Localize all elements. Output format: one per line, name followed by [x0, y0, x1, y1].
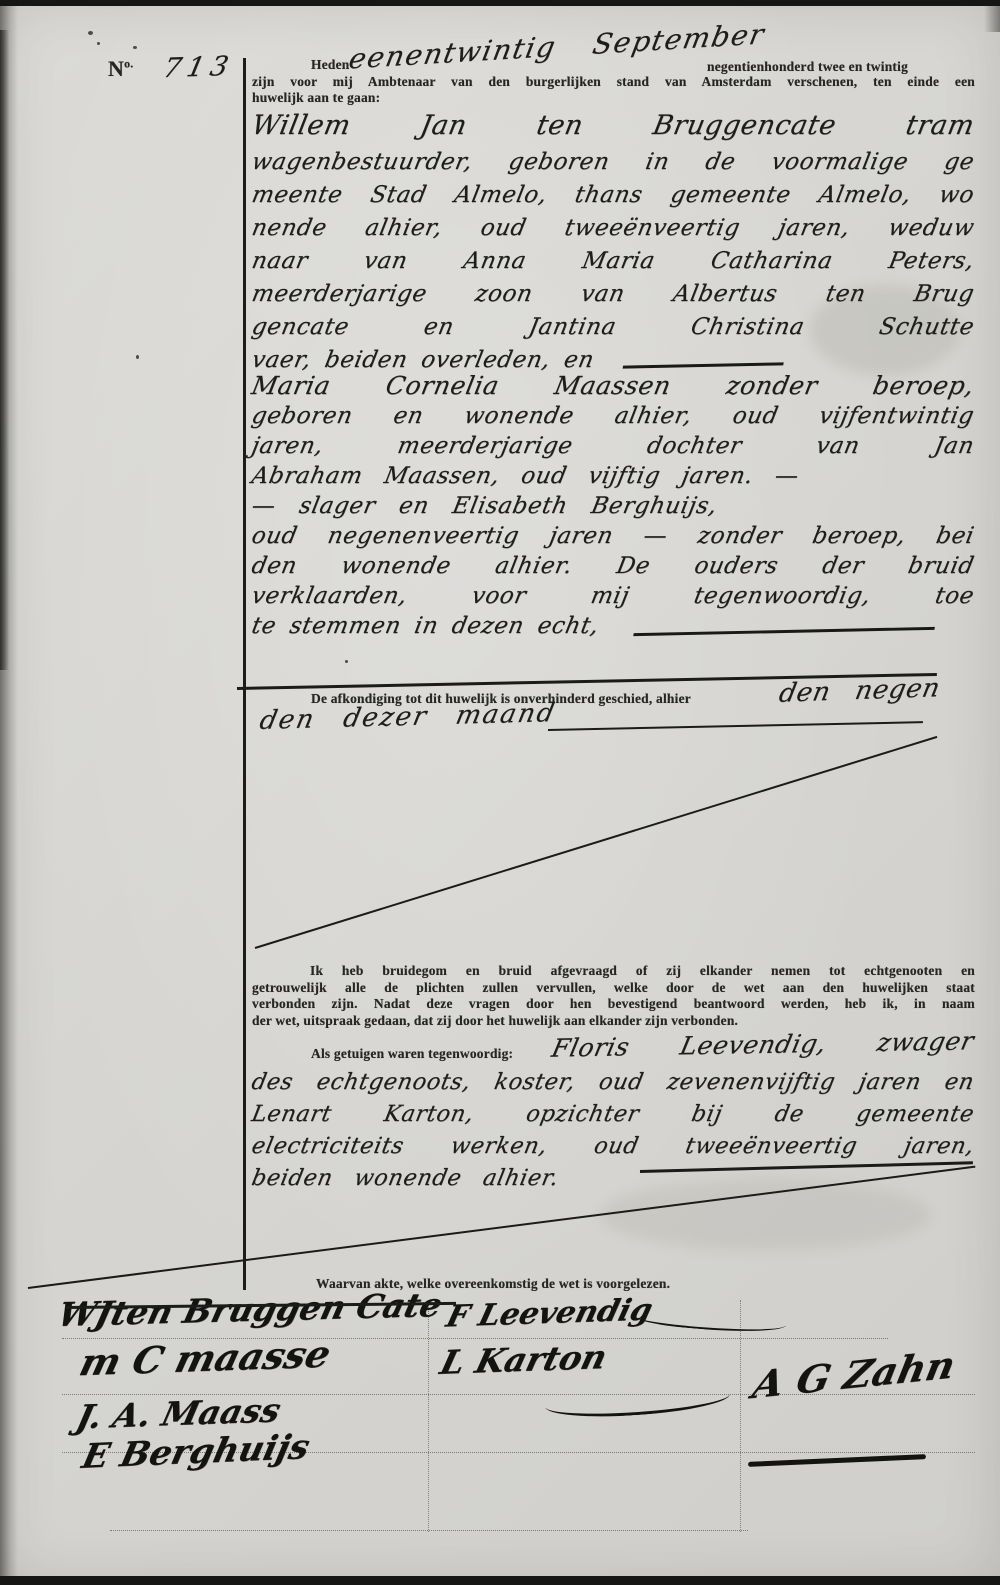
witnesses-printed: Als getuigen waren tegenwoordig: [311, 1046, 513, 1062]
bride-entry: Maria Cornelia Maassen zonder beroep, ge… [252, 370, 974, 641]
form-vertical-rule [243, 58, 246, 1290]
blank-fill-line [622, 348, 786, 368]
signature-registrar-underline [748, 1454, 926, 1467]
intro-line2: zijn voor mij Ambtenaar van den burgerli… [252, 74, 975, 90]
intro-line3: huwelijk aan te gaan: [252, 90, 380, 106]
witness-line: Lenart Karton, opzichter bij de gemeente [249, 1098, 977, 1130]
bride-line: te stemmen in dezen echt, [249, 611, 977, 641]
act-number: No. 713 [108, 52, 233, 83]
groom-line: nende alhier, oud tweeënveertig jaren, w… [249, 212, 977, 245]
scan-speck [88, 31, 93, 35]
signature-grid-column [428, 1300, 429, 1532]
scan-speck [133, 46, 137, 49]
bride-line: den wonende alhier. De ouders der bruid [249, 551, 977, 581]
signature-grid-row [110, 1530, 748, 1531]
signature-witness-2: L Karton [436, 1337, 611, 1382]
signature-registrar: A G Zahn [749, 1342, 959, 1407]
scan-speck [136, 355, 139, 359]
signature-bride: m C maasse [75, 1332, 335, 1385]
groom-line: wagenbestuurder, geboren in de voormalig… [249, 146, 977, 179]
diagonal-strike-line [255, 736, 938, 949]
signature-groom: WJten Bruggen Cate [54, 1285, 446, 1334]
intro-heden: Heden [311, 57, 350, 73]
intro-handwritten-date: eenentwintig September [346, 18, 768, 76]
groom-line: naar van Anna Maria Catharina Peters, [249, 245, 977, 278]
scan-speck [345, 660, 348, 663]
bride-line: Abraham Maassen, oud vijftig jaren. — [249, 461, 977, 491]
witnesses-handwritten-inline: Floris Leevendig, zwager [549, 1026, 977, 1062]
signature-flourish [544, 1380, 731, 1422]
vows-line: Ik heb bruidegom en bruid afgevraagd of … [252, 963, 975, 980]
bride-line: — slager en Elisabeth Berghuijs, [249, 491, 977, 521]
scan-edge-bottom [0, 1576, 1000, 1585]
bride-line: geboren en wonende alhier, oud vijfentwi… [249, 401, 977, 431]
signature-witness-1: F Leevendig [443, 1292, 656, 1334]
groom-line: meerderjarige zoon van Albertus ten Brug [249, 278, 977, 311]
scan-corner-topright [984, 6, 1000, 32]
signature-grid-column [740, 1300, 741, 1532]
scanned-marriage-certificate: No. 713 Heden eenentwintig September neg… [0, 0, 1000, 1585]
scan-edge-left-darkcore [0, 30, 9, 670]
groom-entry: Willem Jan ten Bruggencate tram wagenbes… [252, 106, 974, 377]
witnesses-entry: des echtgenoots, koster, oud zevenenvijf… [252, 1066, 974, 1194]
scan-edge-top [0, 0, 1000, 6]
bride-line: Maria Cornelia Maassen zonder beroep, [249, 370, 977, 401]
vows-paragraph: Ik heb bruidegom en bruid afgevraagd of … [252, 963, 975, 1029]
vows-line: der wet, uitspraak gedaan, dat zij door … [252, 1013, 975, 1030]
vows-line: getrouwelijk alle de plichten zullen ver… [252, 980, 975, 997]
bride-line: verklaarden, voor mij tegenwoordig, toe [249, 581, 977, 611]
scan-speck [97, 42, 100, 45]
banns-handwritten-2: den dezer maand [257, 698, 559, 736]
witness-line: beiden wonende alhier. [249, 1162, 977, 1194]
act-number-value: 713 [160, 51, 237, 84]
act-number-label: No. [108, 56, 134, 81]
bride-line: jaren, meerderjarige dochter van Jan [249, 431, 977, 461]
banns-handwritten-1: den negen [776, 673, 942, 709]
witness-line: electriciteits werken, oud tweeënveertig… [249, 1130, 977, 1162]
groom-line: meente Stad Almelo, thans gemeente Almel… [249, 179, 977, 212]
groom-line: Willem Jan ten Bruggencate tram [248, 106, 978, 146]
vows-line: verbonden zijn. Nadat deze vragen door h… [252, 996, 975, 1013]
banns-fill-line [548, 721, 923, 731]
blank-fill-line [633, 613, 937, 636]
bride-line: oud negenenveertig jaren — zonder beroep… [249, 521, 977, 551]
groom-line: gencate en Jantina Christina Schutte [249, 311, 977, 344]
signature-flourish [636, 1305, 787, 1336]
witness-line: des echtgenoots, koster, oud zevenenvijf… [249, 1066, 977, 1098]
intro-year: negentienhonderd twee en twintig [707, 59, 908, 75]
